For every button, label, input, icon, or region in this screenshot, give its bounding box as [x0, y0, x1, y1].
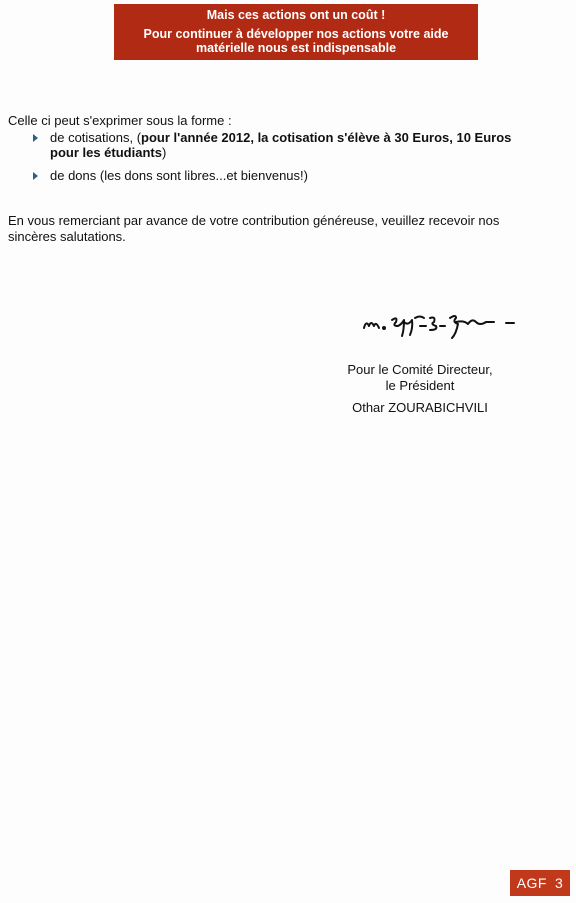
intro-text: Celle ci peut s'exprimer sous la forme : — [8, 113, 232, 129]
closing-paragraph: En vous remerciant par avance de votre c… — [8, 213, 528, 245]
triangle-bullet-icon — [33, 172, 38, 180]
contribution-list: de cotisations, (pour l'année 2012, la c… — [31, 130, 531, 191]
handwritten-signature-icon — [360, 308, 520, 340]
banner-message: Pour continuer à développer nos actions … — [114, 27, 478, 55]
signatory-name: Othar ZOURABICHVILI — [330, 400, 510, 416]
item-text-prefix: de cotisations, ( — [50, 130, 141, 145]
list-item-cotisations: de cotisations, (pour l'année 2012, la c… — [31, 130, 531, 160]
item-text-suffix: ) — [162, 145, 166, 160]
signature-role: Pour le Comité Directeur, — [330, 362, 510, 378]
appeal-banner: Mais ces actions ont un coût ! Pour cont… — [114, 4, 478, 60]
page-number: 3 — [555, 875, 563, 891]
footer-label: AGF — [517, 875, 547, 891]
item-text: de dons (les dons sont libres...et bienv… — [50, 168, 308, 183]
list-item-dons: de dons (les dons sont libres...et bienv… — [31, 168, 531, 183]
signature-title: le Président — [330, 378, 510, 394]
banner-title: Mais ces actions ont un coût ! — [114, 8, 478, 22]
page-footer-badge: AGF3 — [510, 870, 570, 896]
triangle-bullet-icon — [33, 134, 38, 142]
signature-block: Pour le Comité Directeur, le Président O… — [330, 362, 510, 416]
